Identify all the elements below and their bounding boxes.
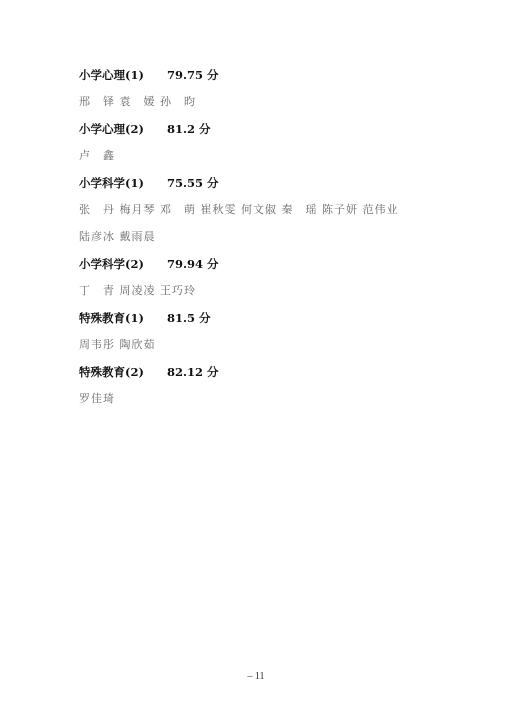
score-value: 81.2 分 xyxy=(167,120,211,138)
names-line: 丁 青 周凌凌 王巧玲 xyxy=(79,282,439,309)
subject-label: 小学心理(2) xyxy=(79,120,163,138)
names-line: 张 丹 梅月琴 邓 萌 崔秋雯 何文俶 秦 瑶 陈子妍 范伟业 xyxy=(79,201,439,228)
page-number: – 11 xyxy=(0,671,512,682)
subject-label: 特殊教育(1) xyxy=(79,309,163,327)
section-heading: 小学科学(1) 75.55 分 xyxy=(79,174,439,201)
results-list: 小学心理(1) 79.75 分 邢 铎 袁 媛 孙 昀 小学心理(2) 81.2… xyxy=(79,66,439,417)
names-line: 罗佳琦 xyxy=(79,390,439,417)
section-heading: 特殊教育(2) 82.12 分 xyxy=(79,363,439,390)
section-heading: 小学科学(2) 79.94 分 xyxy=(79,255,439,282)
subject-label: 特殊教育(2) xyxy=(79,363,163,381)
names-line: 邢 铎 袁 媛 孙 昀 xyxy=(79,93,439,120)
names-line: 卢 鑫 xyxy=(79,147,439,174)
score-value: 75.55 分 xyxy=(167,174,219,192)
score-value: 79.94 分 xyxy=(167,255,219,273)
score-value: 81.5 分 xyxy=(167,309,211,327)
subject-label: 小学科学(1) xyxy=(79,174,163,192)
section-heading: 特殊教育(1) 81.5 分 xyxy=(79,309,439,336)
score-value: 82.12 分 xyxy=(167,363,219,381)
section-heading: 小学心理(1) 79.75 分 xyxy=(79,66,439,93)
score-value: 79.75 分 xyxy=(167,66,219,84)
names-line: 陆彦冰 戴雨晨 xyxy=(79,228,439,255)
document-page: 小学心理(1) 79.75 分 邢 铎 袁 媛 孙 昀 小学心理(2) 81.2… xyxy=(0,0,512,724)
section-heading: 小学心理(2) 81.2 分 xyxy=(79,120,439,147)
subject-label: 小学科学(2) xyxy=(79,255,163,273)
subject-label: 小学心理(1) xyxy=(79,66,163,84)
names-line: 周韦彤 陶欣茹 xyxy=(79,336,439,363)
